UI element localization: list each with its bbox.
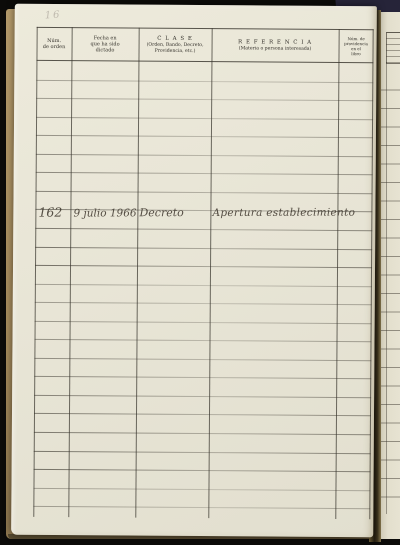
row-line — [34, 469, 371, 472]
column-divider — [369, 29, 373, 519]
entry-referencia: Apertura establecimiento — [212, 206, 355, 218]
column-divider — [68, 27, 72, 517]
row-line — [34, 376, 371, 379]
scanned-book-page: 16 Núm. de orden Fecha en que ha sido di… — [0, 0, 400, 545]
column-divider — [135, 28, 139, 518]
column-divider — [208, 28, 212, 518]
row-line — [34, 395, 371, 398]
column-divider — [335, 29, 339, 519]
entry-clase: Decreto — [139, 206, 183, 219]
row-line — [36, 172, 373, 175]
row-line — [36, 154, 373, 157]
row-line — [36, 191, 373, 194]
row-line — [34, 432, 371, 435]
row-line — [35, 228, 372, 231]
row-line — [34, 358, 371, 361]
row-line — [36, 98, 373, 101]
header-num-providencia-subtitle: providencia en el libro — [344, 41, 368, 56]
row-line — [33, 488, 370, 491]
header-num-orden: Núm. de orden — [36, 28, 71, 60]
header-fecha-subtitle: que ha sido dictado — [90, 41, 119, 53]
header-clase-subtitle: (Orden, Bando, Decreto, Providencia, etc… — [147, 42, 204, 54]
header-clase: C L A S E (Orden, Bando, Decreto, Provid… — [138, 29, 211, 62]
table-header-row: Núm. de orden Fecha en que ha sido dicta… — [36, 27, 373, 63]
header-fecha: Fecha en que ha sido dictado — [71, 28, 138, 60]
adjacent-page-header — [386, 32, 400, 64]
row-line — [33, 506, 370, 509]
row-line — [35, 302, 372, 305]
pencil-mark: 16 — [44, 9, 61, 21]
header-referencia-subtitle: (Materia o persona interesada) — [239, 46, 312, 53]
row-line — [34, 413, 371, 416]
adjacent-page-row-lines — [380, 72, 400, 514]
row-line — [36, 117, 373, 120]
header-num-providencia: Núm. de providencia en el libro — [338, 30, 373, 62]
entry-num-orden: 162 — [38, 204, 62, 219]
row-line — [36, 135, 373, 138]
registry-table: Núm. de orden Fecha en que ha sido dicta… — [33, 27, 373, 529]
row-line — [35, 321, 372, 324]
row-line — [34, 450, 371, 453]
column-divider — [33, 27, 37, 517]
adjacent-page-sliver — [380, 12, 400, 539]
row-line — [35, 246, 372, 249]
row-line — [35, 339, 372, 342]
row-line — [36, 79, 373, 82]
header-num-orden-subtitle: de orden — [43, 44, 66, 50]
row-line — [35, 265, 372, 268]
ledger-page: 16 Núm. de orden Fecha en que ha sido di… — [11, 4, 377, 538]
header-referencia: R E F E R E N C I A (Materia o persona i… — [211, 29, 338, 62]
row-line — [35, 283, 372, 286]
